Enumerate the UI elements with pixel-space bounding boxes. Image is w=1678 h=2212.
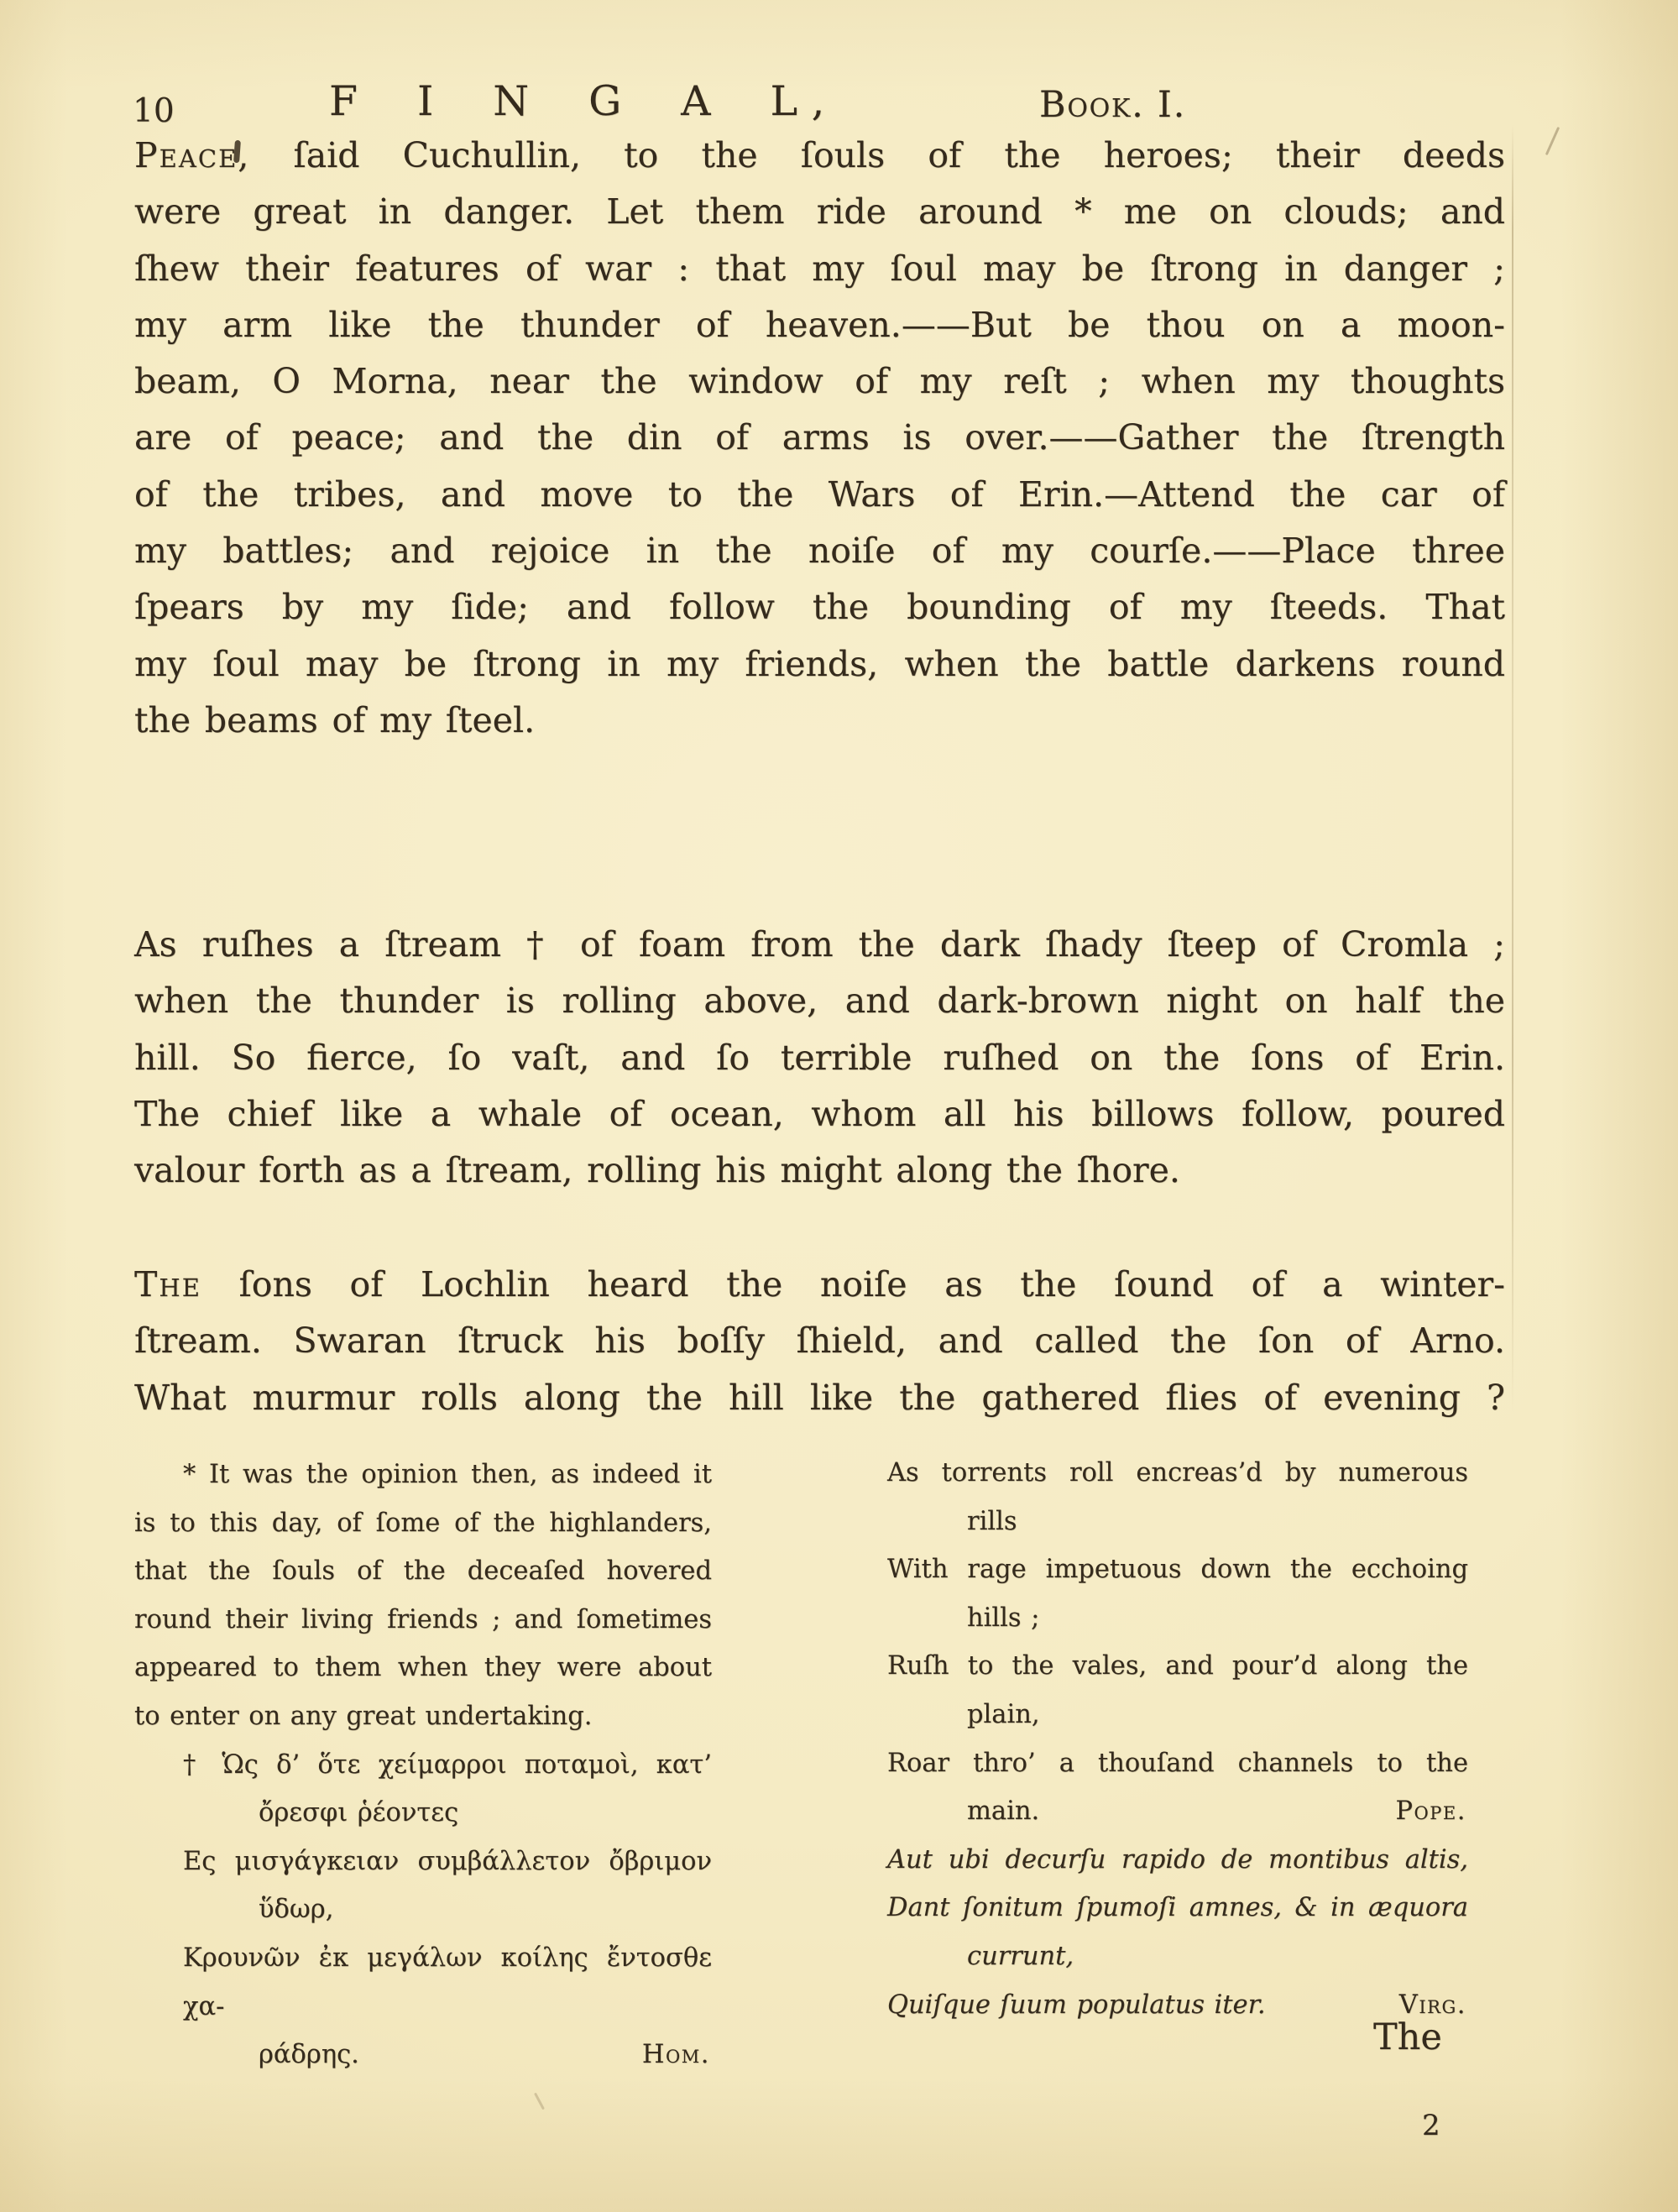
line-text: As ruſhes a ſtream † of foam from the da…: [134, 924, 1505, 965]
line-text: were great in danger. Let them ride arou…: [134, 191, 1505, 232]
text-line: is to this day, of ſome of the highlande…: [134, 1499, 712, 1548]
line-text: Ruſh to the vales, and pour’d along the: [887, 1651, 1468, 1681]
text-line: Ες μισγάγκειαν συμβάλλετον ὄβριμον: [134, 1838, 712, 1886]
line-text: to enter on any great undertaking.: [134, 1702, 592, 1731]
line-text: * It was the opinion then, as indeed it: [183, 1460, 712, 1489]
text-line: Peace, ſaid Cuchullin, to the ſouls of t…: [134, 128, 1505, 184]
book-number: Book. I.: [1039, 84, 1186, 126]
stray-mark: [534, 2093, 545, 2110]
line-text: rills: [967, 1507, 1017, 1536]
line-text: ſons of Lochlin heard the noiſe as the ſ…: [201, 1264, 1505, 1305]
line-text: hills ;: [967, 1603, 1039, 1633]
footnote-column-right: As torrents roll encreas’d by numerousri…: [887, 1449, 1468, 2029]
line-text: What murmur rolls along the hill like th…: [134, 1378, 1505, 1418]
line-text: are of peace; and the din of arms is ove…: [134, 417, 1505, 458]
text-line: my arm like the thunder of heaven.——But …: [134, 297, 1505, 353]
line-text: Roar thro’ a thouſand channels to the: [887, 1749, 1468, 1778]
text-line: Dant ſonitum ſpumoſi amnes, & in æquora: [887, 1884, 1468, 1932]
text-line: The chief like a whale of ocean, whom al…: [134, 1086, 1505, 1143]
footnote-column-left: * It was the opinion then, as indeed iti…: [134, 1451, 712, 2079]
line-text: hill. So fierce, ſo vaſt, and ſo terribl…: [134, 1038, 1505, 1078]
text-line: main.Pope.: [887, 1787, 1468, 1836]
text-line: currunt,: [887, 1932, 1468, 1981]
line-text: Aut ubi decurſu rapido de montibus altis…: [887, 1845, 1468, 1875]
line-text: valour forth as a ſtream, rolling his mi…: [134, 1150, 1180, 1190]
page-scratch-line: [1512, 124, 1513, 1417]
line-text: ſtream. Swaran ſtruck his boſſy ſhield, …: [134, 1320, 1505, 1361]
text-line: that the ſouls of the deceaſed hovered: [134, 1547, 712, 1596]
text-line: to enter on any great undertaking.: [134, 1692, 712, 1741]
book-page-scan: 10 F I N G A L, Book. I. Peace, ſaid Cuc…: [0, 0, 1678, 2212]
text-line: were great in danger. Let them ride arou…: [134, 184, 1505, 240]
catchword: The: [1373, 2016, 1442, 2058]
text-line: ὄρεσφι ῥέοντες: [134, 1789, 712, 1838]
line-text: ὄρεσφι ῥέοντες: [259, 1798, 458, 1828]
line-text: ὕδωρ,: [259, 1895, 333, 1924]
text-line: rills: [887, 1498, 1468, 1546]
text-line: my battles; and rejoice in the noiſe of …: [134, 523, 1505, 579]
small-caps-lead: The: [134, 1264, 201, 1305]
text-line: ſhew their features of war : that my ſou…: [134, 241, 1505, 297]
line-text: ράδρης.: [259, 2040, 359, 2069]
text-line: As torrents roll encreas’d by numerous: [887, 1449, 1468, 1498]
text-line: The ſons of Lochlin heard the noiſe as t…: [134, 1257, 1505, 1313]
page-number: 10: [133, 92, 175, 130]
line-text: ſhew their features of war : that my ſou…: [134, 248, 1505, 289]
text-line: valour forth as a ſtream, rolling his mi…: [134, 1143, 1505, 1199]
text-line: ράδρης.Hom.: [134, 2031, 712, 2079]
text-line: With rage impetuous down the ecchoing: [887, 1545, 1468, 1594]
line-text: With rage impetuous down the ecchoing: [887, 1555, 1468, 1584]
line-text: Dant ſonitum ſpumoſi amnes, & in æquora: [887, 1893, 1468, 1922]
line-text: plain,: [967, 1700, 1040, 1729]
paragraph-stream-simile: As ruſhes a ſtream † of foam from the da…: [134, 917, 1505, 1199]
line-text: my ſoul may be ſtrong in my friends, whe…: [134, 644, 1505, 684]
line-text: Quiſque ſuum populatus iter.: [887, 1990, 1266, 2020]
line-text: As torrents roll encreas’d by numerous: [887, 1458, 1468, 1488]
text-line: of the tribes, and move to the Wars of E…: [134, 467, 1505, 523]
line-text: beam, O Morna, near the window of my reſ…: [134, 361, 1505, 401]
text-line: † Ὡς δ’ ὅτε χείμαρροι ποταμοὶ, κατ’: [134, 1741, 712, 1790]
text-line: Roar thro’ a thouſand channels to the: [887, 1739, 1468, 1788]
attribution: Pope.: [1395, 1787, 1466, 1836]
line-text: main.: [967, 1796, 1039, 1826]
text-line: appeared to them when they were about: [134, 1644, 712, 1692]
text-line: are of peace; and the din of arms is ove…: [134, 410, 1505, 466]
text-line: when the thunder is rolling above, and d…: [134, 973, 1505, 1029]
margin-stray-mark: [1545, 127, 1560, 155]
line-text: round their living friends ; and ſometim…: [134, 1605, 712, 1634]
line-text: † Ὡς δ’ ὅτε χείμαρροι ποταμοὶ, κατ’: [183, 1750, 712, 1780]
line-text: my arm like the thunder of heaven.——But …: [134, 305, 1505, 345]
text-line: the beams of my ſteel.: [134, 693, 1505, 749]
paragraph-peace-speech: Peace, ſaid Cuchullin, to the ſouls of t…: [134, 128, 1505, 749]
signature-mark: 2: [1422, 2109, 1440, 2142]
line-text: that the ſouls of the deceaſed hovered: [134, 1556, 712, 1586]
line-text: my battles; and rejoice in the noiſe of …: [134, 531, 1505, 571]
text-line: ſtream. Swaran ſtruck his boſſy ſhield, …: [134, 1313, 1505, 1369]
text-line: hills ;: [887, 1594, 1468, 1643]
line-text: appeared to them when they were about: [134, 1653, 712, 1682]
line-text: of the tribes, and move to the Wars of E…: [134, 474, 1505, 515]
text-line: Κρουνῶν ἐκ μεγάλων κοίλης ἔντοσθε χα-: [134, 1934, 712, 2031]
line-text: The chief like a whale of ocean, whom al…: [134, 1094, 1505, 1134]
text-line: my ſoul may be ſtrong in my friends, whe…: [134, 636, 1505, 693]
text-line: * It was the opinion then, as indeed it: [134, 1451, 712, 1499]
text-line: ſpears by my ſide; and follow the boundi…: [134, 579, 1505, 635]
line-text: Κρουνῶν ἐκ μεγάλων κοίλης ἔντοσθε χα-: [183, 1943, 712, 2021]
line-text: is to this day, of ſome of the highlande…: [134, 1509, 712, 1538]
page-title: F I N G A L,: [329, 77, 839, 125]
text-line: hill. So fierce, ſo vaſt, and ſo terribl…: [134, 1030, 1505, 1086]
text-line: round their living friends ; and ſometim…: [134, 1596, 712, 1645]
text-line: Ruſh to the vales, and pour’d along the: [887, 1642, 1468, 1691]
text-line: plain,: [887, 1691, 1468, 1739]
line-text: ſaid Cuchullin, to the ſouls of the hero…: [250, 135, 1505, 175]
line-text: currunt,: [967, 1942, 1074, 1971]
text-line: Aut ubi decurſu rapido de montibus altis…: [887, 1836, 1468, 1885]
text-line: beam, O Morna, near the window of my reſ…: [134, 353, 1505, 410]
paragraph-sons-of-lochlin: The ſons of Lochlin heard the noiſe as t…: [134, 1257, 1505, 1426]
text-line: ὕδωρ,: [134, 1885, 712, 1934]
text-line: What murmur rolls along the hill like th…: [134, 1370, 1505, 1426]
line-text: the beams of my ſteel.: [134, 700, 535, 740]
text-line: As ruſhes a ſtream † of foam from the da…: [134, 917, 1505, 973]
line-text: ſpears by my ſide; and follow the boundi…: [134, 587, 1505, 627]
line-text: Ες μισγάγκειαν συμβάλλετον ὄβριμον: [183, 1847, 712, 1876]
line-text: when the thunder is rolling above, and d…: [134, 980, 1505, 1021]
attribution: Hom.: [642, 2031, 710, 2079]
